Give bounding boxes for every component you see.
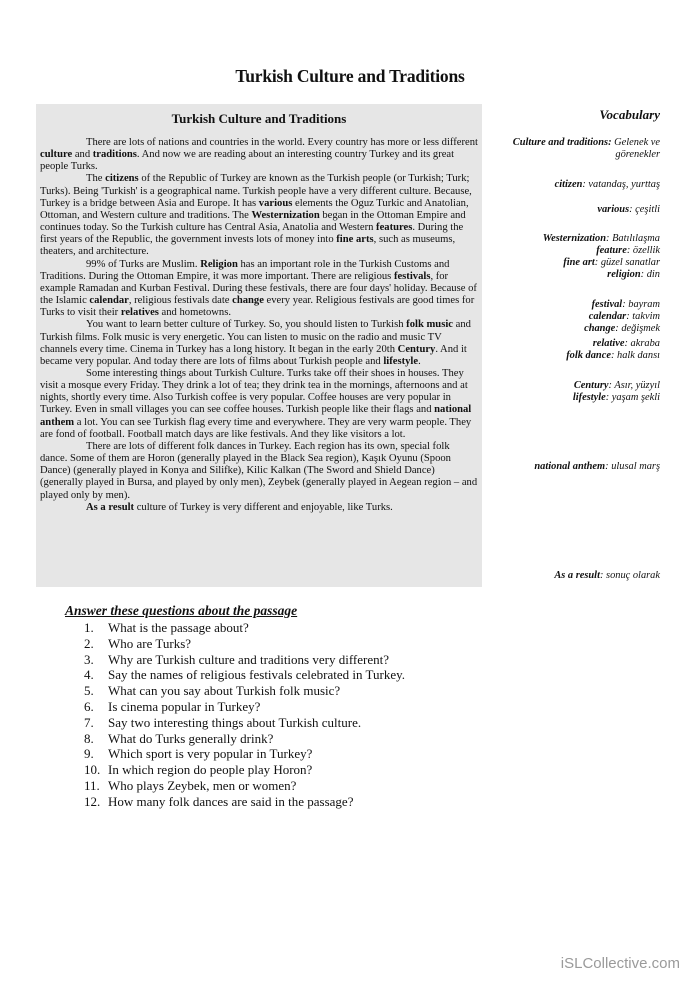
vocabulary-translation: : din: [641, 269, 660, 280]
vocabulary-translation: : sonuç olarak: [600, 570, 660, 581]
vocabulary-item: fine art: güzel sanatlar: [563, 257, 660, 269]
vocabulary-translation: : çeşitli: [629, 204, 660, 215]
question-number: 6.: [84, 699, 108, 715]
questions-heading: Answer these questions about the passage: [65, 603, 297, 619]
page-title: Turkish Culture and Traditions: [0, 66, 700, 87]
vocabulary-term-highlight: festivals: [394, 271, 430, 282]
passage-paragraph: The citizens of the Republic of Turkey a…: [40, 173, 478, 258]
vocabulary-item: citizen: vatandaş, yurttaş: [555, 179, 660, 191]
vocabulary-translation: : Batılılaşma: [606, 233, 660, 244]
vocabulary-term: feature: [596, 245, 627, 256]
vocabulary-term: national anthem: [534, 461, 605, 472]
vocabulary-translation: : değişmek: [615, 323, 660, 334]
vocabulary-item: Westernization: Batılılaşma: [543, 233, 660, 245]
vocabulary-item: calendar: takvim: [589, 311, 660, 323]
question-number: 10.: [84, 762, 108, 778]
question-number: 4.: [84, 667, 108, 683]
question-item: 6.Is cinema popular in Turkey?: [84, 699, 405, 715]
vocabulary-item: folk dance: halk dansı: [566, 350, 660, 362]
question-item: 8.What do Turks generally drink?: [84, 731, 405, 747]
question-text: What is the passage about?: [108, 620, 249, 636]
vocabulary-term-highlight: relatives: [121, 307, 159, 318]
passage-paragraph: You want to learn better culture of Turk…: [40, 319, 478, 368]
vocabulary-translation: : akraba: [625, 338, 661, 349]
vocabulary-translation: : güzel sanatlar: [595, 257, 660, 268]
vocabulary-term-highlight: As a result: [86, 502, 134, 513]
question-item: 2.Who are Turks?: [84, 636, 405, 652]
vocabulary-term: citizen: [555, 179, 583, 190]
vocabulary-item: religion: din: [607, 269, 660, 281]
vocabulary-title: Vocabulary: [599, 107, 660, 123]
passage-text: and: [72, 149, 93, 160]
question-number: 3.: [84, 652, 108, 668]
vocabulary-term: various: [597, 204, 629, 215]
vocabulary-item: national anthem: ulusal marş: [534, 461, 660, 473]
vocabulary-item: Century: Asır, yüzyıl: [574, 380, 660, 392]
question-text: Is cinema popular in Turkey?: [108, 699, 260, 715]
vocabulary-translation: görenekler: [615, 149, 660, 160]
question-text: Say the names of religious festivals cel…: [108, 667, 405, 683]
vocabulary-term-highlight: lifestyle: [383, 356, 418, 367]
vocabulary-translation: : bayram: [622, 299, 660, 310]
vocabulary-term: calendar: [589, 311, 627, 322]
question-item: 4.Say the names of religious festivals c…: [84, 667, 405, 683]
vocabulary-term-highlight: citizens: [105, 173, 139, 184]
passage-text: 99% of Turks are Muslim.: [86, 259, 200, 270]
question-item: 7.Say two interesting things about Turki…: [84, 715, 405, 731]
question-number: 1.: [84, 620, 108, 636]
passage-text: .: [418, 356, 421, 367]
vocabulary-term-highlight: features: [376, 222, 412, 233]
question-number: 2.: [84, 636, 108, 652]
question-text: Who are Turks?: [108, 636, 191, 652]
passage-paragraph: There are lots of nations and countries …: [40, 137, 478, 173]
vocabulary-term: As a result: [554, 570, 600, 581]
question-item: 3.Why are Turkish culture and traditions…: [84, 652, 405, 668]
question-text: Who plays Zeybek, men or women?: [108, 778, 296, 794]
passage-text: and hometowns.: [159, 307, 231, 318]
question-text: In which region do people play Horon?: [108, 762, 312, 778]
passage-text: You want to learn better culture of Turk…: [86, 319, 406, 330]
vocabulary-term: Century: [574, 380, 609, 391]
vocabulary-term: festival: [592, 299, 623, 310]
vocabulary-translation: : yaşam şekli: [606, 392, 660, 403]
question-number: 7.: [84, 715, 108, 731]
question-number: 5.: [84, 683, 108, 699]
passage-text: There are lots of different folk dances …: [40, 441, 477, 501]
vocabulary-term: lifestyle: [573, 392, 606, 403]
vocabulary-item: Culture and traditions: Gelenek vegörene…: [513, 137, 660, 161]
vocabulary-term: Westernization: [543, 233, 606, 244]
passage-paragraph: 99% of Turks are Muslim. Religion has an…: [40, 259, 478, 320]
question-item: 12.How many folk dances are said in the …: [84, 794, 405, 810]
vocabulary-term-highlight: calendar: [89, 295, 128, 306]
vocabulary-term: folk dance: [566, 350, 611, 361]
passage-text: Some interesting things about Turkish Cu…: [40, 368, 468, 415]
question-text: Say two interesting things about Turkish…: [108, 715, 361, 731]
vocabulary-term-highlight: traditions: [93, 149, 137, 160]
vocabulary-term-highlight: fine arts: [336, 234, 373, 245]
passage-text: There are lots of nations and countries …: [86, 137, 478, 148]
question-number: 8.: [84, 731, 108, 747]
vocabulary-term-highlight: Century: [398, 344, 436, 355]
passage-text: a lot. You can see Turkish flag every ti…: [40, 417, 471, 440]
reading-passage-box: Turkish Culture and Traditions There are…: [36, 104, 482, 587]
vocabulary-item: feature: özellik: [596, 245, 660, 257]
vocabulary-item: lifestyle: yaşam şekli: [573, 392, 660, 404]
passage-paragraph: Some interesting things about Turkish Cu…: [40, 368, 478, 441]
vocabulary-term: fine art: [563, 257, 594, 268]
vocabulary-term-highlight: Religion: [200, 259, 238, 270]
question-number: 12.: [84, 794, 108, 810]
vocabulary-item: relative: akraba: [593, 338, 660, 350]
vocabulary-translation: Gelenek ve: [612, 137, 660, 148]
vocabulary-translation: : özellik: [627, 245, 660, 256]
passage-paragraph: There are lots of different folk dances …: [40, 441, 478, 502]
question-item: 5.What can you say about Turkish folk mu…: [84, 683, 405, 699]
vocabulary-term-highlight: Westernization: [251, 210, 319, 221]
question-item: 10.In which region do people play Horon?: [84, 762, 405, 778]
vocabulary-term: religion: [607, 269, 641, 280]
vocabulary-item: change: değişmek: [584, 323, 660, 335]
vocabulary-translation: : halk dansı: [611, 350, 660, 361]
question-text: What can you say about Turkish folk musi…: [108, 683, 340, 699]
vocabulary-term: relative: [593, 338, 625, 349]
passage-body: There are lots of nations and countries …: [40, 137, 478, 514]
vocabulary-term: change: [584, 323, 615, 334]
vocabulary-item: various: çeşitli: [597, 204, 660, 216]
passage-text: The: [86, 173, 105, 184]
question-text: How many folk dances are said in the pas…: [108, 794, 353, 810]
question-item: 1.What is the passage about?: [84, 620, 405, 636]
question-text: What do Turks generally drink?: [108, 731, 273, 747]
vocabulary-term: Culture and traditions:: [513, 137, 612, 148]
passage-text: , religious festivals date: [129, 295, 232, 306]
passage-paragraph: As a result culture of Turkey is very di…: [40, 502, 478, 514]
vocabulary-item: As a result: sonuç olarak: [554, 570, 660, 582]
vocabulary-term-highlight: various: [259, 198, 293, 209]
question-text: Which sport is very popular in Turkey?: [108, 746, 312, 762]
watermark: iSLCollective.com: [561, 955, 680, 972]
vocabulary-translation: : takvim: [626, 311, 660, 322]
vocabulary-item: festival: bayram: [592, 299, 660, 311]
questions-list: 1.What is the passage about?2.Who are Tu…: [84, 620, 405, 810]
question-text: Why are Turkish culture and traditions v…: [108, 652, 389, 668]
vocabulary-translation: : vatandaş, yurttaş: [582, 179, 660, 190]
question-item: 9.Which sport is very popular in Turkey?: [84, 746, 405, 762]
question-number: 9.: [84, 746, 108, 762]
passage-title: Turkish Culture and Traditions: [36, 111, 482, 127]
vocabulary-term-highlight: culture: [40, 149, 72, 160]
vocabulary-term-highlight: folk music: [406, 319, 453, 330]
vocabulary-translation: : ulusal marş: [605, 461, 660, 472]
vocabulary-translation: : Asır, yüzyıl: [609, 380, 660, 391]
vocabulary-term-highlight: change: [232, 295, 264, 306]
passage-text: culture of Turkey is very different and …: [134, 502, 393, 513]
question-item: 11.Who plays Zeybek, men or women?: [84, 778, 405, 794]
question-number: 11.: [84, 778, 108, 794]
